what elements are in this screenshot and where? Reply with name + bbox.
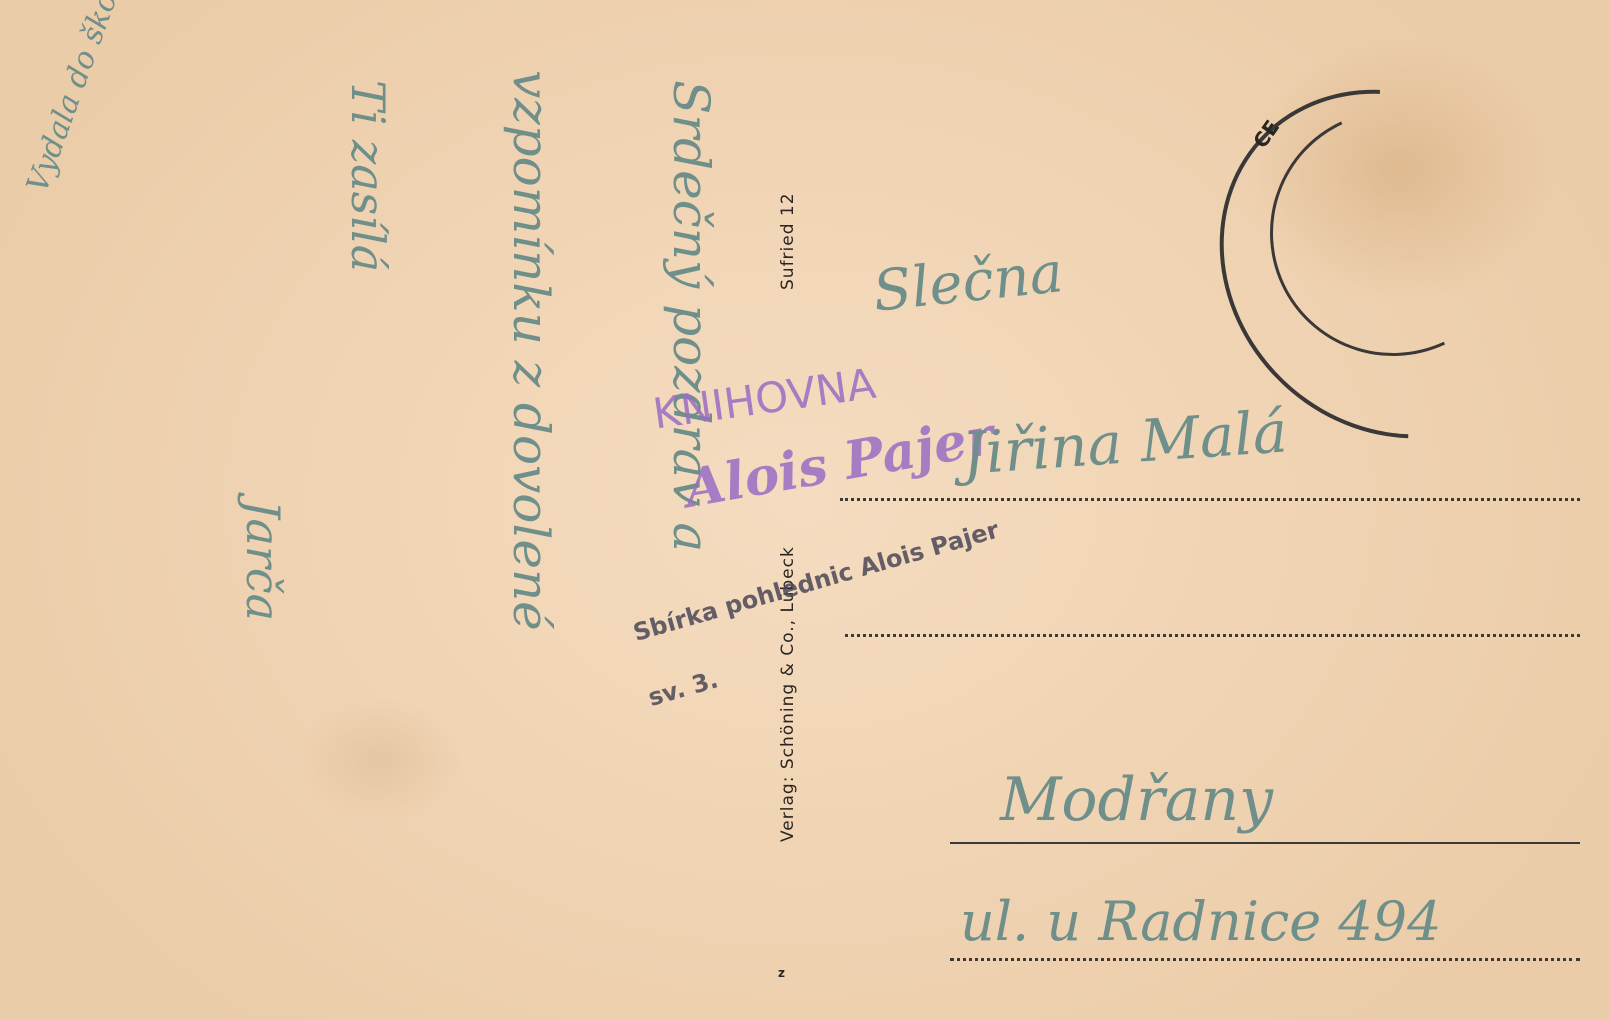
address-line-1 [840, 498, 1580, 501]
address-line-3 [950, 842, 1580, 844]
recipient-name: Jiřina Malá [960, 397, 1289, 488]
message-line-2: vzpomínku z dovolené [502, 70, 560, 631]
address-line-4 [950, 958, 1580, 961]
message-line-4: Jarča [236, 500, 290, 621]
collection-stamp-line-2: sv. 3. [645, 665, 721, 712]
printed-edge-mark: z [778, 966, 785, 980]
printed-series-number: Sufried 12 [778, 192, 798, 290]
message-line-3: Ti zasílá [341, 80, 395, 272]
recipient-city: Modřany [1000, 765, 1273, 835]
recipient-title: Slečna [870, 240, 1066, 325]
margin-note: Vydala do školy [20, 0, 134, 197]
postcard-back: Vydala do školy Jarča Ti zasílá vzpomínk… [0, 0, 1610, 1020]
address-line-2 [845, 634, 1580, 637]
recipient-street: ul. u Radnice 494 [960, 890, 1441, 953]
